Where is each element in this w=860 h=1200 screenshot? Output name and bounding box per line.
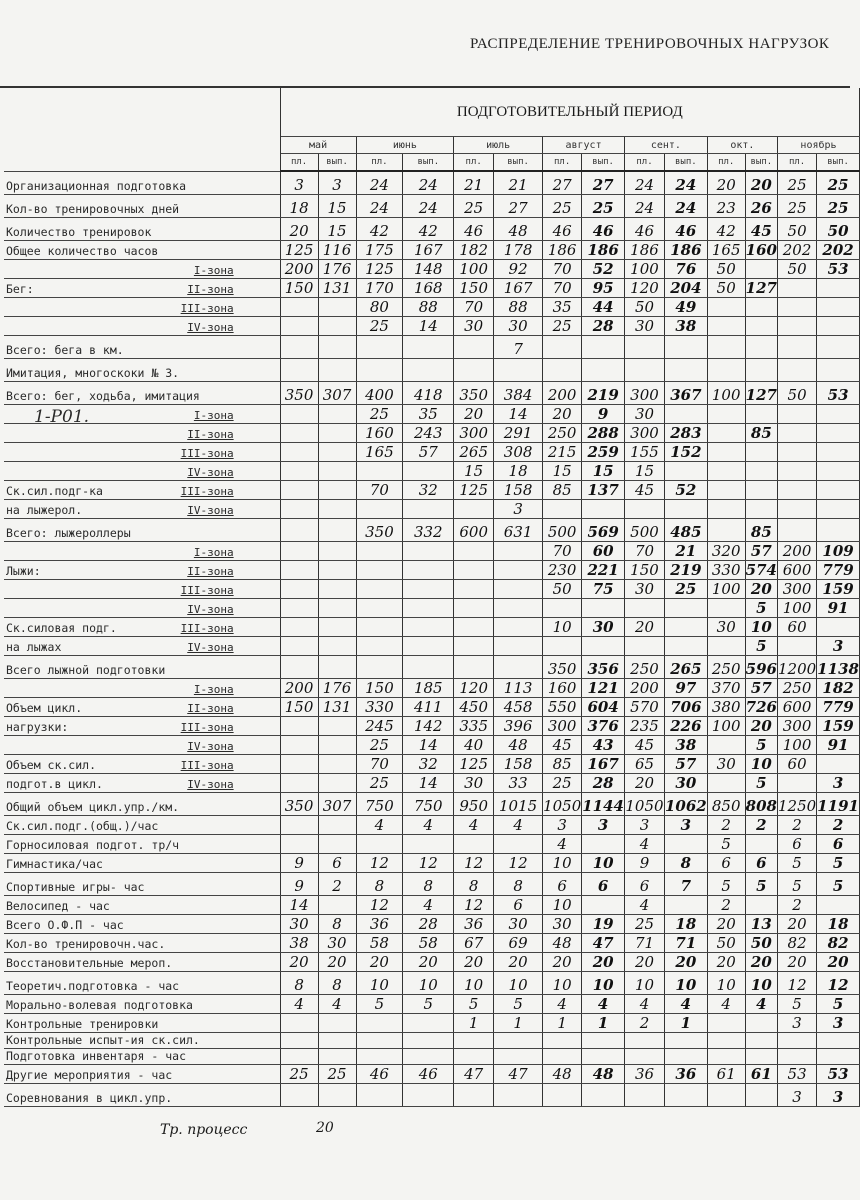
value-cell bbox=[280, 561, 318, 580]
value-cell: 30 bbox=[318, 934, 356, 953]
value-cell bbox=[356, 835, 403, 854]
value-cell bbox=[707, 359, 745, 382]
value-cell bbox=[280, 298, 318, 317]
value-cell bbox=[817, 279, 860, 298]
value-cell bbox=[777, 519, 816, 542]
value-cell bbox=[625, 500, 665, 519]
row-label: I-зона bbox=[4, 260, 280, 279]
value-cell: 596 bbox=[745, 656, 777, 679]
value-cell: 25 bbox=[817, 195, 860, 218]
value-cell: 5 bbox=[777, 854, 816, 873]
value-cell: 150 bbox=[280, 279, 318, 298]
value-cell: 120 bbox=[625, 279, 665, 298]
value-cell: 131 bbox=[318, 279, 356, 298]
row-label: Ск.сил.подг-каIII-зона bbox=[4, 481, 280, 500]
value-cell: 36 bbox=[356, 915, 403, 934]
value-cell: 46 bbox=[664, 218, 707, 241]
value-cell: 418 bbox=[403, 382, 454, 405]
value-cell bbox=[280, 736, 318, 755]
value-cell: 120 bbox=[454, 679, 494, 698]
row-label-text: на лыжах bbox=[6, 640, 61, 654]
value-cell bbox=[280, 336, 318, 359]
value-cell: 350 bbox=[280, 793, 318, 816]
value-cell: 25 bbox=[817, 171, 860, 195]
value-cell: 100 bbox=[625, 260, 665, 279]
table-row: Лыжи:II-зона230221150219330574600779 bbox=[4, 561, 860, 580]
value-cell bbox=[403, 1014, 454, 1033]
value-cell bbox=[745, 462, 777, 481]
value-cell bbox=[745, 260, 777, 279]
value-cell: 38 bbox=[664, 736, 707, 755]
value-cell: 185 bbox=[403, 679, 454, 698]
value-cell bbox=[280, 317, 318, 336]
value-cell: 202 bbox=[817, 241, 860, 260]
row-zone-label: II-зона bbox=[187, 702, 233, 715]
value-cell bbox=[817, 896, 860, 915]
value-cell bbox=[625, 1084, 665, 1107]
value-cell bbox=[494, 561, 543, 580]
value-cell: 30 bbox=[707, 755, 745, 774]
value-cell: 5 bbox=[356, 995, 403, 1014]
row-label: Гимнастика/час bbox=[4, 854, 280, 873]
value-cell: 950 bbox=[454, 793, 494, 816]
value-cell bbox=[664, 1033, 707, 1049]
value-cell bbox=[664, 599, 707, 618]
value-cell bbox=[745, 1014, 777, 1033]
value-cell: 48 bbox=[543, 1065, 582, 1084]
value-cell: 70 bbox=[543, 260, 582, 279]
value-cell: 200 bbox=[625, 679, 665, 698]
value-cell bbox=[356, 542, 403, 561]
value-cell: 500 bbox=[625, 519, 665, 542]
value-cell: 2 bbox=[745, 816, 777, 835]
value-cell: 10 bbox=[582, 972, 625, 995]
value-cell bbox=[318, 359, 356, 382]
row-label: I-зона bbox=[4, 542, 280, 561]
value-cell bbox=[817, 500, 860, 519]
value-cell: 219 bbox=[664, 561, 707, 580]
value-cell bbox=[625, 1033, 665, 1049]
value-cell bbox=[664, 637, 707, 656]
row-label-text: Морально-волевая подготовка bbox=[6, 998, 193, 1012]
value-cell: 8 bbox=[664, 854, 707, 873]
value-cell: 125 bbox=[280, 241, 318, 260]
value-cell: 5 bbox=[454, 995, 494, 1014]
value-cell: 18 bbox=[280, 195, 318, 218]
value-cell: 18 bbox=[817, 915, 860, 934]
table-row: Горносиловая подгот. тр/ч44566 bbox=[4, 835, 860, 854]
value-cell: 3 bbox=[543, 816, 582, 835]
value-cell: 215 bbox=[543, 443, 582, 462]
value-cell: 35 bbox=[403, 405, 454, 424]
value-cell: 4 bbox=[745, 995, 777, 1014]
value-cell: 100 bbox=[777, 599, 816, 618]
value-cell: 148 bbox=[403, 260, 454, 279]
value-cell: 23 bbox=[707, 195, 745, 218]
value-cell: 291 bbox=[494, 424, 543, 443]
value-cell: 121 bbox=[582, 679, 625, 698]
value-cell: 30 bbox=[664, 774, 707, 793]
value-cell: 14 bbox=[403, 317, 454, 336]
value-cell: 100 bbox=[777, 736, 816, 755]
value-cell: 30 bbox=[543, 915, 582, 934]
value-cell bbox=[625, 1049, 665, 1065]
value-cell: 50 bbox=[745, 934, 777, 953]
value-cell: 1 bbox=[664, 1014, 707, 1033]
value-cell: 259 bbox=[582, 443, 625, 462]
value-cell: 3 bbox=[582, 816, 625, 835]
row-label-text: Контрольные испыт-ия ск.сил. bbox=[6, 1033, 200, 1047]
value-cell: 20 bbox=[582, 953, 625, 972]
value-cell bbox=[777, 336, 816, 359]
value-cell: 13 bbox=[745, 915, 777, 934]
value-cell bbox=[280, 443, 318, 462]
row-zone-label: I-зона bbox=[194, 409, 234, 422]
row-label-text: Лыжи: bbox=[6, 564, 41, 578]
value-cell bbox=[777, 481, 816, 500]
value-cell: 70 bbox=[543, 279, 582, 298]
table-row: Всего: бега в км.X7 bbox=[4, 336, 860, 359]
value-cell: 8 bbox=[318, 915, 356, 934]
value-cell: 10 bbox=[745, 618, 777, 637]
value-cell bbox=[582, 500, 625, 519]
value-cell: 45 bbox=[543, 736, 582, 755]
value-cell: 30 bbox=[625, 405, 665, 424]
value-cell: 200 bbox=[777, 542, 816, 561]
value-cell: 69 bbox=[494, 934, 543, 953]
value-cell: 300 bbox=[543, 717, 582, 736]
value-cell bbox=[356, 618, 403, 637]
row-label: Общий объем цикл.упр./км. bbox=[4, 793, 280, 816]
value-cell: 20 bbox=[280, 218, 318, 241]
table-row: II-зона16024330029125028830028385 bbox=[4, 424, 860, 443]
table-row: Контрольные испыт-ия ск.сил. bbox=[4, 1033, 860, 1049]
value-cell: 125 bbox=[454, 481, 494, 500]
row-label: I-зона bbox=[4, 679, 280, 698]
value-cell bbox=[817, 462, 860, 481]
row-label: Кол-во тренировочных дней bbox=[4, 195, 280, 218]
row-label: Лыжи:II-зона bbox=[4, 561, 280, 580]
value-cell: 20 bbox=[745, 953, 777, 972]
value-cell: 3 bbox=[817, 637, 860, 656]
row-label: Всего: бега в км.X bbox=[4, 336, 280, 359]
value-cell bbox=[318, 656, 356, 679]
value-cell bbox=[318, 317, 356, 336]
value-cell: 165 bbox=[356, 443, 403, 462]
value-cell bbox=[777, 443, 816, 462]
value-cell: 52 bbox=[582, 260, 625, 279]
value-cell: 604 bbox=[582, 698, 625, 717]
value-cell bbox=[280, 405, 318, 424]
value-cell: 65 bbox=[625, 755, 665, 774]
value-cell: 42 bbox=[356, 218, 403, 241]
row-zone-label: IV-зона bbox=[187, 504, 233, 517]
value-cell: 45 bbox=[745, 218, 777, 241]
table-row: IV-зона2514404845434538510091 bbox=[4, 736, 860, 755]
value-cell: 300 bbox=[625, 424, 665, 443]
value-cell: 12 bbox=[403, 854, 454, 873]
value-cell: 25 bbox=[356, 317, 403, 336]
value-cell bbox=[403, 462, 454, 481]
value-cell: 25 bbox=[454, 195, 494, 218]
value-cell bbox=[356, 359, 403, 382]
value-cell bbox=[582, 599, 625, 618]
table-row: Кол-во тренировочных дней181524242527252… bbox=[4, 195, 860, 218]
value-cell: 24 bbox=[356, 195, 403, 218]
value-cell: 91 bbox=[817, 736, 860, 755]
row-label: III-зона bbox=[4, 580, 280, 599]
value-cell: 47 bbox=[582, 934, 625, 953]
value-cell: 30 bbox=[625, 580, 665, 599]
value-cell bbox=[582, 1084, 625, 1107]
value-cell: 4 bbox=[625, 995, 665, 1014]
value-cell: 150 bbox=[356, 679, 403, 698]
value-cell: 20 bbox=[280, 953, 318, 972]
value-cell: 100 bbox=[707, 580, 745, 599]
value-cell: 5 bbox=[777, 873, 816, 896]
value-cell: 159 bbox=[817, 580, 860, 599]
table-row: Теоретич.подготовка - час881010101010101… bbox=[4, 972, 860, 995]
value-cell: 25 bbox=[777, 171, 816, 195]
value-cell: 320 bbox=[707, 542, 745, 561]
value-cell: 53 bbox=[817, 382, 860, 405]
month-header: май bbox=[280, 137, 356, 154]
value-cell: 8 bbox=[356, 873, 403, 896]
value-cell bbox=[318, 405, 356, 424]
row-label: Объем цикл.II-зона bbox=[4, 698, 280, 717]
value-cell: 3 bbox=[817, 1014, 860, 1033]
value-cell bbox=[745, 317, 777, 336]
handwritten-note: 1-Р01. bbox=[34, 407, 89, 424]
value-cell bbox=[494, 1033, 543, 1049]
value-cell: 808 bbox=[745, 793, 777, 816]
value-cell: 160 bbox=[543, 679, 582, 698]
subheader-cell: пл. bbox=[543, 154, 582, 172]
value-cell: 4 bbox=[454, 816, 494, 835]
value-cell bbox=[707, 736, 745, 755]
table-row: Всего лыжной подготовки35035625026525059… bbox=[4, 656, 860, 679]
value-cell bbox=[777, 317, 816, 336]
value-cell: 92 bbox=[494, 260, 543, 279]
value-cell: 33 bbox=[494, 774, 543, 793]
value-cell bbox=[582, 359, 625, 382]
value-cell: 6 bbox=[625, 873, 665, 896]
row-label: Подготовка инвентаря - час bbox=[4, 1049, 280, 1065]
value-cell: 25 bbox=[280, 1065, 318, 1084]
value-cell: 5 bbox=[817, 873, 860, 896]
value-cell: 1050 bbox=[543, 793, 582, 816]
value-cell bbox=[664, 618, 707, 637]
month-header: июль bbox=[454, 137, 543, 154]
row-label-text: Общее количество часов bbox=[6, 244, 158, 258]
table-row: I-зона7060702132057200109 bbox=[4, 542, 860, 561]
value-cell: 307 bbox=[318, 793, 356, 816]
value-cell bbox=[403, 1049, 454, 1065]
table-row: на лыжерол.IV-зона3 bbox=[4, 500, 860, 519]
value-cell bbox=[664, 462, 707, 481]
value-cell bbox=[356, 1033, 403, 1049]
value-cell: 15 bbox=[318, 218, 356, 241]
value-cell bbox=[817, 519, 860, 542]
value-cell bbox=[403, 359, 454, 382]
value-cell: 10 bbox=[454, 972, 494, 995]
value-cell: 25 bbox=[356, 405, 403, 424]
row-label-text: Спортивные игры- час bbox=[6, 880, 144, 894]
row-zone-label: III-зона bbox=[181, 485, 234, 498]
value-cell bbox=[403, 656, 454, 679]
value-cell: 24 bbox=[664, 195, 707, 218]
row-zone-label: II-зона bbox=[187, 283, 233, 296]
value-cell bbox=[777, 405, 816, 424]
value-cell: 3 bbox=[777, 1084, 816, 1107]
value-cell: 46 bbox=[625, 218, 665, 241]
row-label-text: на лыжерол. bbox=[6, 503, 82, 517]
value-cell bbox=[543, 1049, 582, 1065]
table-row: Морально-волевая подготовка4455554444445… bbox=[4, 995, 860, 1014]
value-cell: 109 bbox=[817, 542, 860, 561]
value-cell bbox=[454, 1084, 494, 1107]
value-cell: 10 bbox=[664, 972, 707, 995]
value-cell: 142 bbox=[403, 717, 454, 736]
value-cell: 350 bbox=[543, 656, 582, 679]
value-cell: 20 bbox=[403, 953, 454, 972]
value-cell bbox=[777, 279, 816, 298]
value-cell bbox=[543, 637, 582, 656]
value-cell: 9 bbox=[625, 854, 665, 873]
value-cell: 24 bbox=[403, 171, 454, 195]
value-cell bbox=[707, 1049, 745, 1065]
row-zone-label: IV-зона bbox=[187, 740, 233, 753]
row-label-text: нагрузки: bbox=[6, 720, 68, 734]
row-zone-label: I-зона bbox=[194, 546, 234, 559]
value-cell bbox=[745, 1084, 777, 1107]
value-cell: 53 bbox=[777, 1065, 816, 1084]
row-label: II-зона bbox=[4, 424, 280, 443]
value-cell: 176 bbox=[318, 260, 356, 279]
value-cell bbox=[454, 1049, 494, 1065]
value-cell: 7 bbox=[664, 873, 707, 896]
value-cell bbox=[494, 1084, 543, 1107]
value-cell: 27 bbox=[543, 171, 582, 195]
value-cell bbox=[707, 405, 745, 424]
value-cell bbox=[817, 298, 860, 317]
value-cell: 330 bbox=[707, 561, 745, 580]
value-cell: 30 bbox=[454, 774, 494, 793]
value-cell bbox=[664, 405, 707, 424]
value-cell: 200 bbox=[280, 260, 318, 279]
value-cell: 158 bbox=[494, 481, 543, 500]
subheader-cell: пл. bbox=[454, 154, 494, 172]
value-cell: 125 bbox=[454, 755, 494, 774]
value-cell: 250 bbox=[707, 656, 745, 679]
value-cell bbox=[403, 835, 454, 854]
value-cell: 243 bbox=[403, 424, 454, 443]
value-cell: 1062 bbox=[664, 793, 707, 816]
row-label: Ск.силовая подг.III-зона bbox=[4, 618, 280, 637]
value-cell bbox=[280, 1033, 318, 1049]
row-label-text: Всего лыжной подготовки bbox=[6, 663, 165, 677]
value-cell bbox=[745, 405, 777, 424]
table-row: Гимнастика/час96121212121010986655 bbox=[4, 854, 860, 873]
row-zone-label: II-зона bbox=[187, 428, 233, 441]
row-zone-label: I-зона bbox=[194, 683, 234, 696]
value-cell bbox=[318, 481, 356, 500]
value-cell bbox=[280, 500, 318, 519]
value-cell bbox=[664, 896, 707, 915]
value-cell bbox=[454, 500, 494, 519]
value-cell: 8 bbox=[454, 873, 494, 896]
value-cell: 200 bbox=[543, 382, 582, 405]
value-cell bbox=[403, 561, 454, 580]
row-label: Объем ск.сил.III-зона bbox=[4, 755, 280, 774]
table-row: Ск.сил.подг.(общ.)/час444433332222 bbox=[4, 816, 860, 835]
value-cell: 127 bbox=[745, 279, 777, 298]
value-cell: 32 bbox=[403, 481, 454, 500]
value-cell: 356 bbox=[582, 656, 625, 679]
value-cell: 265 bbox=[664, 656, 707, 679]
row-label: Контрольные испыт-ия ск.сил. bbox=[4, 1033, 280, 1049]
value-cell: 250 bbox=[543, 424, 582, 443]
row-label-text: Другие мероприятия - час bbox=[6, 1068, 172, 1082]
value-cell: 5 bbox=[745, 873, 777, 896]
value-cell: 182 bbox=[454, 241, 494, 260]
value-cell: 4 bbox=[625, 896, 665, 915]
value-cell: 4 bbox=[664, 995, 707, 1014]
value-cell bbox=[454, 359, 494, 382]
value-cell: 376 bbox=[582, 717, 625, 736]
value-cell bbox=[494, 637, 543, 656]
value-cell: 350 bbox=[356, 519, 403, 542]
value-cell bbox=[817, 317, 860, 336]
row-label: Всего лыжной подготовки bbox=[4, 656, 280, 679]
row-label: Кол-во тренировочн.час. bbox=[4, 934, 280, 953]
value-cell: 307 bbox=[318, 382, 356, 405]
value-cell: 4 bbox=[543, 835, 582, 854]
table-row: на лыжахIV-зона53 bbox=[4, 637, 860, 656]
value-cell: 9 bbox=[280, 873, 318, 896]
value-cell: 14 bbox=[403, 774, 454, 793]
value-cell: 167 bbox=[582, 755, 625, 774]
value-cell bbox=[318, 336, 356, 359]
value-cell: 221 bbox=[582, 561, 625, 580]
value-cell: 2 bbox=[777, 896, 816, 915]
value-cell bbox=[664, 1084, 707, 1107]
value-cell bbox=[664, 336, 707, 359]
value-cell: 235 bbox=[625, 717, 665, 736]
value-cell: 36 bbox=[625, 1065, 665, 1084]
value-cell: 600 bbox=[777, 561, 816, 580]
value-cell: 5 bbox=[817, 854, 860, 873]
value-cell: 631 bbox=[494, 519, 543, 542]
month-header: август bbox=[543, 137, 625, 154]
table-row: Другие мероприятия - час2525464647474848… bbox=[4, 1065, 860, 1084]
value-cell bbox=[318, 1084, 356, 1107]
subheader-cell: вып. bbox=[582, 154, 625, 172]
value-cell: 380 bbox=[707, 698, 745, 717]
value-cell bbox=[318, 1033, 356, 1049]
value-cell bbox=[745, 500, 777, 519]
value-cell bbox=[745, 443, 777, 462]
value-cell: 12 bbox=[356, 854, 403, 873]
row-zone-label: III-зона bbox=[181, 302, 234, 315]
value-cell: 160 bbox=[356, 424, 403, 443]
value-cell: 53 bbox=[817, 1065, 860, 1084]
document-title: РАСПРЕДЕЛЕНИЕ ТРЕНИРОВОЧНЫХ НАГРУЗОК bbox=[470, 36, 829, 53]
value-cell: 25 bbox=[356, 774, 403, 793]
value-cell: 50 bbox=[777, 218, 816, 241]
value-cell: 76 bbox=[664, 260, 707, 279]
value-cell: 186 bbox=[543, 241, 582, 260]
